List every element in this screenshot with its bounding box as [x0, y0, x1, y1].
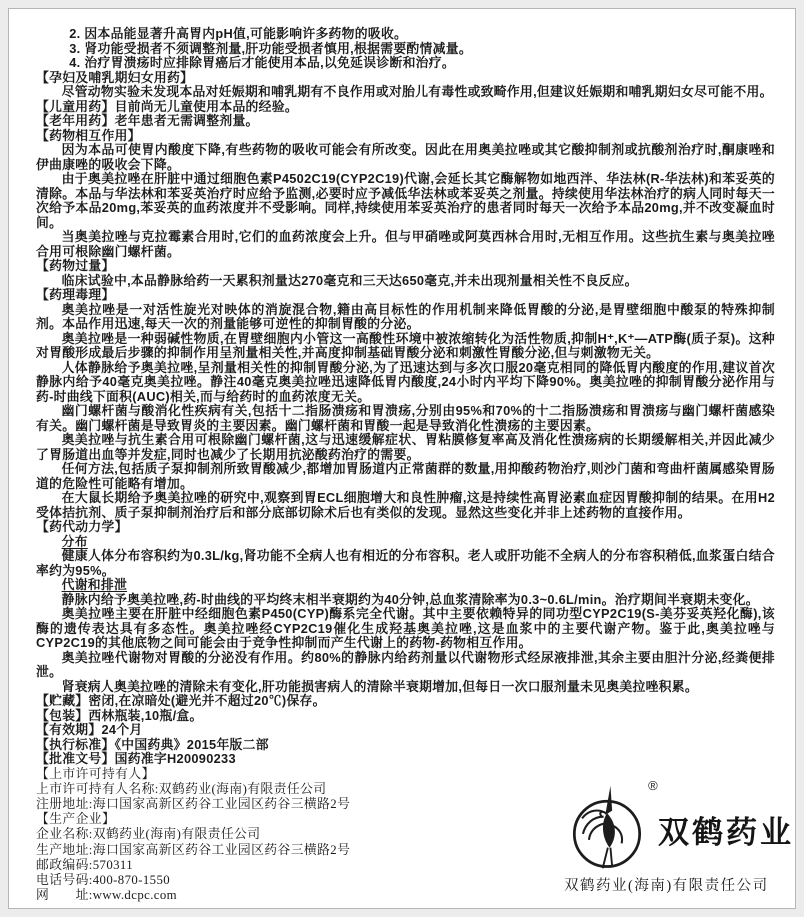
section-storage-text: 密闭,在凉暗处(避光并不超过20℃)保存。	[88, 693, 325, 708]
section-packaging-text: 西林瓶装,10瓶/盒。	[88, 708, 202, 723]
section-pregnancy-heading: 【孕妇及哺乳期妇女用药】	[36, 71, 775, 86]
subsection-distribution: 分布	[36, 535, 775, 550]
metabolism-para-1: 静脉内给予奥美拉唑,药-时曲线的平均终末相半衰期约为40分钟,总血浆清除率为0.…	[36, 593, 775, 608]
section-packaging-label: 【包装】	[36, 708, 88, 723]
registered-trademark-icon: ®	[648, 779, 658, 794]
section-children-text: 目前尚无儿童使用本品的经验。	[115, 99, 298, 114]
mah-registered-address: 注册地址:海口国家高新区药谷工业园区药谷三横路2号	[36, 797, 476, 812]
phone-number: 电话号码:400-870-1550	[36, 873, 476, 888]
precaution-item-2: 2. 因本品能显著升高胃内pH值,可能影响许多药物的吸收。	[36, 27, 775, 42]
interactions-para-2: 由于奥美拉唑在肝脏中通过细胞色素P4502C19(CYP2C19)代谢,会延长其…	[36, 172, 775, 230]
manufacturer-address: 生产地址:海口国家高新区药谷工业园区药谷三横路2号	[36, 843, 476, 858]
section-pharmacology-heading: 【药理毒理】	[36, 288, 775, 303]
subsection-metabolism: 代谢和排泄	[36, 578, 775, 593]
section-approval-number-label: 【批准文号】	[36, 751, 115, 766]
distribution-text: 健康人体分布容积约为0.3L/kg,肾功能不全病人也有相近的分布容积。老人或肝功…	[36, 549, 775, 578]
section-approval-number-text: 国药准字H20090233	[115, 751, 236, 766]
website: 网 址:www.dcpc.com	[36, 888, 476, 903]
pharmacology-para-7: 在大鼠长期给予奥美拉唑的研究中,观察到胃ECL细胞增大和良性肿瘤,这是持续性高胃…	[36, 491, 775, 520]
section-storage: 【贮藏】密闭,在凉暗处(避光并不超过20℃)保存。	[36, 694, 775, 709]
section-manufacturer-heading: 【生产企业】	[36, 812, 476, 827]
section-interactions-heading: 【药物相互作用】	[36, 129, 775, 144]
pharmacology-para-3: 人体静脉给予奥美拉唑,呈剂量相关性的抑制胃酸分泌,为了迅速达到与多次口服20毫克…	[36, 361, 775, 405]
manufacturer-name: 企业名称:双鹤药业(海南)有限责任公司	[36, 827, 476, 842]
pharmacology-para-6: 任何方法,包括质子泵抑制剂所致胃酸减少,都增加胃肠道内正常菌群的数量,用抑酸药物…	[36, 462, 775, 491]
overdose-text: 临床试验中,本品静脉给药一天累积剂量达270毫克和三天达650毫克,并未出现剂量…	[36, 274, 775, 289]
precaution-item-4: 4. 治疗胃溃疡时应排除胃癌后才能使用本品,以免延误诊断和治疗。	[36, 56, 775, 71]
section-storage-label: 【贮藏】	[36, 693, 88, 708]
section-standard: 【执行标准】《中国药典》2015年版二部	[36, 738, 775, 753]
metabolism-para-2: 奥美拉唑主要在肝脏中经细胞色素P450(CYP)酶系完全代谢。其中主要依赖特异的…	[36, 607, 775, 651]
section-mah-heading: 【上市许可持有人】	[36, 767, 476, 782]
section-approval-number: 【批准文号】国药准字H20090233	[36, 752, 775, 767]
metabolism-para-3: 奥美拉唑代谢物对胃酸的分泌没有作用。约80%的静脉内给药剂量以代谢物形式经尿液排…	[36, 651, 775, 680]
footer-section: 【上市许可持有人】上市许可持有人名称:双鹤药业(海南)有限责任公司注册地址:海口…	[36, 767, 775, 904]
interactions-para-3: 当奥美拉唑与克拉霉素合用时,它们的血药浓度会上升。但与甲硝唑或阿莫西林合用时,无…	[36, 230, 775, 259]
section-children: 【儿童用药】目前尚无儿童使用本品的经验。	[36, 100, 775, 115]
section-children-label: 【儿童用药】	[36, 99, 115, 114]
section-standard-label: 【执行标准】	[36, 737, 115, 752]
section-validity-label: 【有效期】	[36, 722, 101, 737]
section-elderly: 【老年用药】老年患者无需调整剂量。	[36, 114, 775, 129]
precaution-item-3: 3. 肾功能受损者不须调整剂量,肝功能受损者慎用,根据需要酌情减量。	[36, 42, 775, 57]
section-packaging: 【包装】西林瓶装,10瓶/盒。	[36, 709, 775, 724]
pregnancy-text: 尽管动物实验未发现本品对妊娠期和哺乳期有不良作用或对胎儿有毒性或致畸作用,但建议…	[36, 85, 775, 100]
document-body: 2. 因本品能显著升高胃内pH值,可能影响许多药物的吸收。3. 肾功能受损者不须…	[36, 27, 775, 767]
postal-code: 邮政编码:570311	[36, 858, 476, 873]
pharmacology-para-5: 奥美拉唑与抗生素合用可根除幽门螺杆菌,这与迅速缓解症状、胃粘膜修复率高及消化性溃…	[36, 433, 775, 462]
section-standard-text: 《中国药典》2015年版二部	[115, 737, 269, 752]
brand-name: 双鹤药业	[658, 826, 794, 841]
leaflet-page: 2. 因本品能显著升高胃内pH值,可能影响许多药物的吸收。3. 肾功能受损者不须…	[8, 8, 796, 909]
interactions-para-1: 因为本品可使胃内酸度下降,有些药物的吸收可能会有所改变。因此在用奥美拉唑或其它酸…	[36, 143, 775, 172]
section-validity: 【有效期】24个月	[36, 723, 775, 738]
pharmacology-para-2: 奥美拉唑是一种弱碱性物质,在胃壁细胞内小管这一高酸性环境中被浓缩转化为活性物质,…	[36, 332, 775, 361]
mah-name: 上市许可持有人名称:双鹤药业(海南)有限责任公司	[36, 782, 476, 797]
company-logo-block: ® 双鹤药业 双鹤药业(海南)有限责任公司	[476, 781, 794, 894]
metabolism-para-4: 肾衰病人奥美拉唑的清除未有变化,肝功能损害病人的清除半衰期增加,但每日一次口服剂…	[36, 680, 775, 695]
logo-company-name: 双鹤药业(海南)有限责任公司	[564, 879, 769, 894]
section-validity-text: 24个月	[101, 722, 142, 737]
section-pharmacokinetics-heading: 【药代动力学】	[36, 520, 775, 535]
section-elderly-label: 【老年用药】	[36, 113, 115, 128]
pharmacology-para-1: 奥美拉唑是一对活性旋光对映体的消旋混合物,籍由高目标性的作用机制来降低胃酸的分泌…	[36, 303, 775, 332]
pharmacology-para-4: 幽门螺杆菌与酸消化性疾病有关,包括十二指肠溃疡和胃溃疡,分别由95%和70%的十…	[36, 404, 775, 433]
double-crane-logo-icon: ®	[564, 781, 650, 873]
company-info: 【上市许可持有人】上市许可持有人名称:双鹤药业(海南)有限责任公司注册地址:海口…	[36, 767, 476, 904]
section-elderly-text: 老年患者无需调整剂量。	[115, 113, 259, 128]
section-overdose-heading: 【药物过量】	[36, 259, 775, 274]
